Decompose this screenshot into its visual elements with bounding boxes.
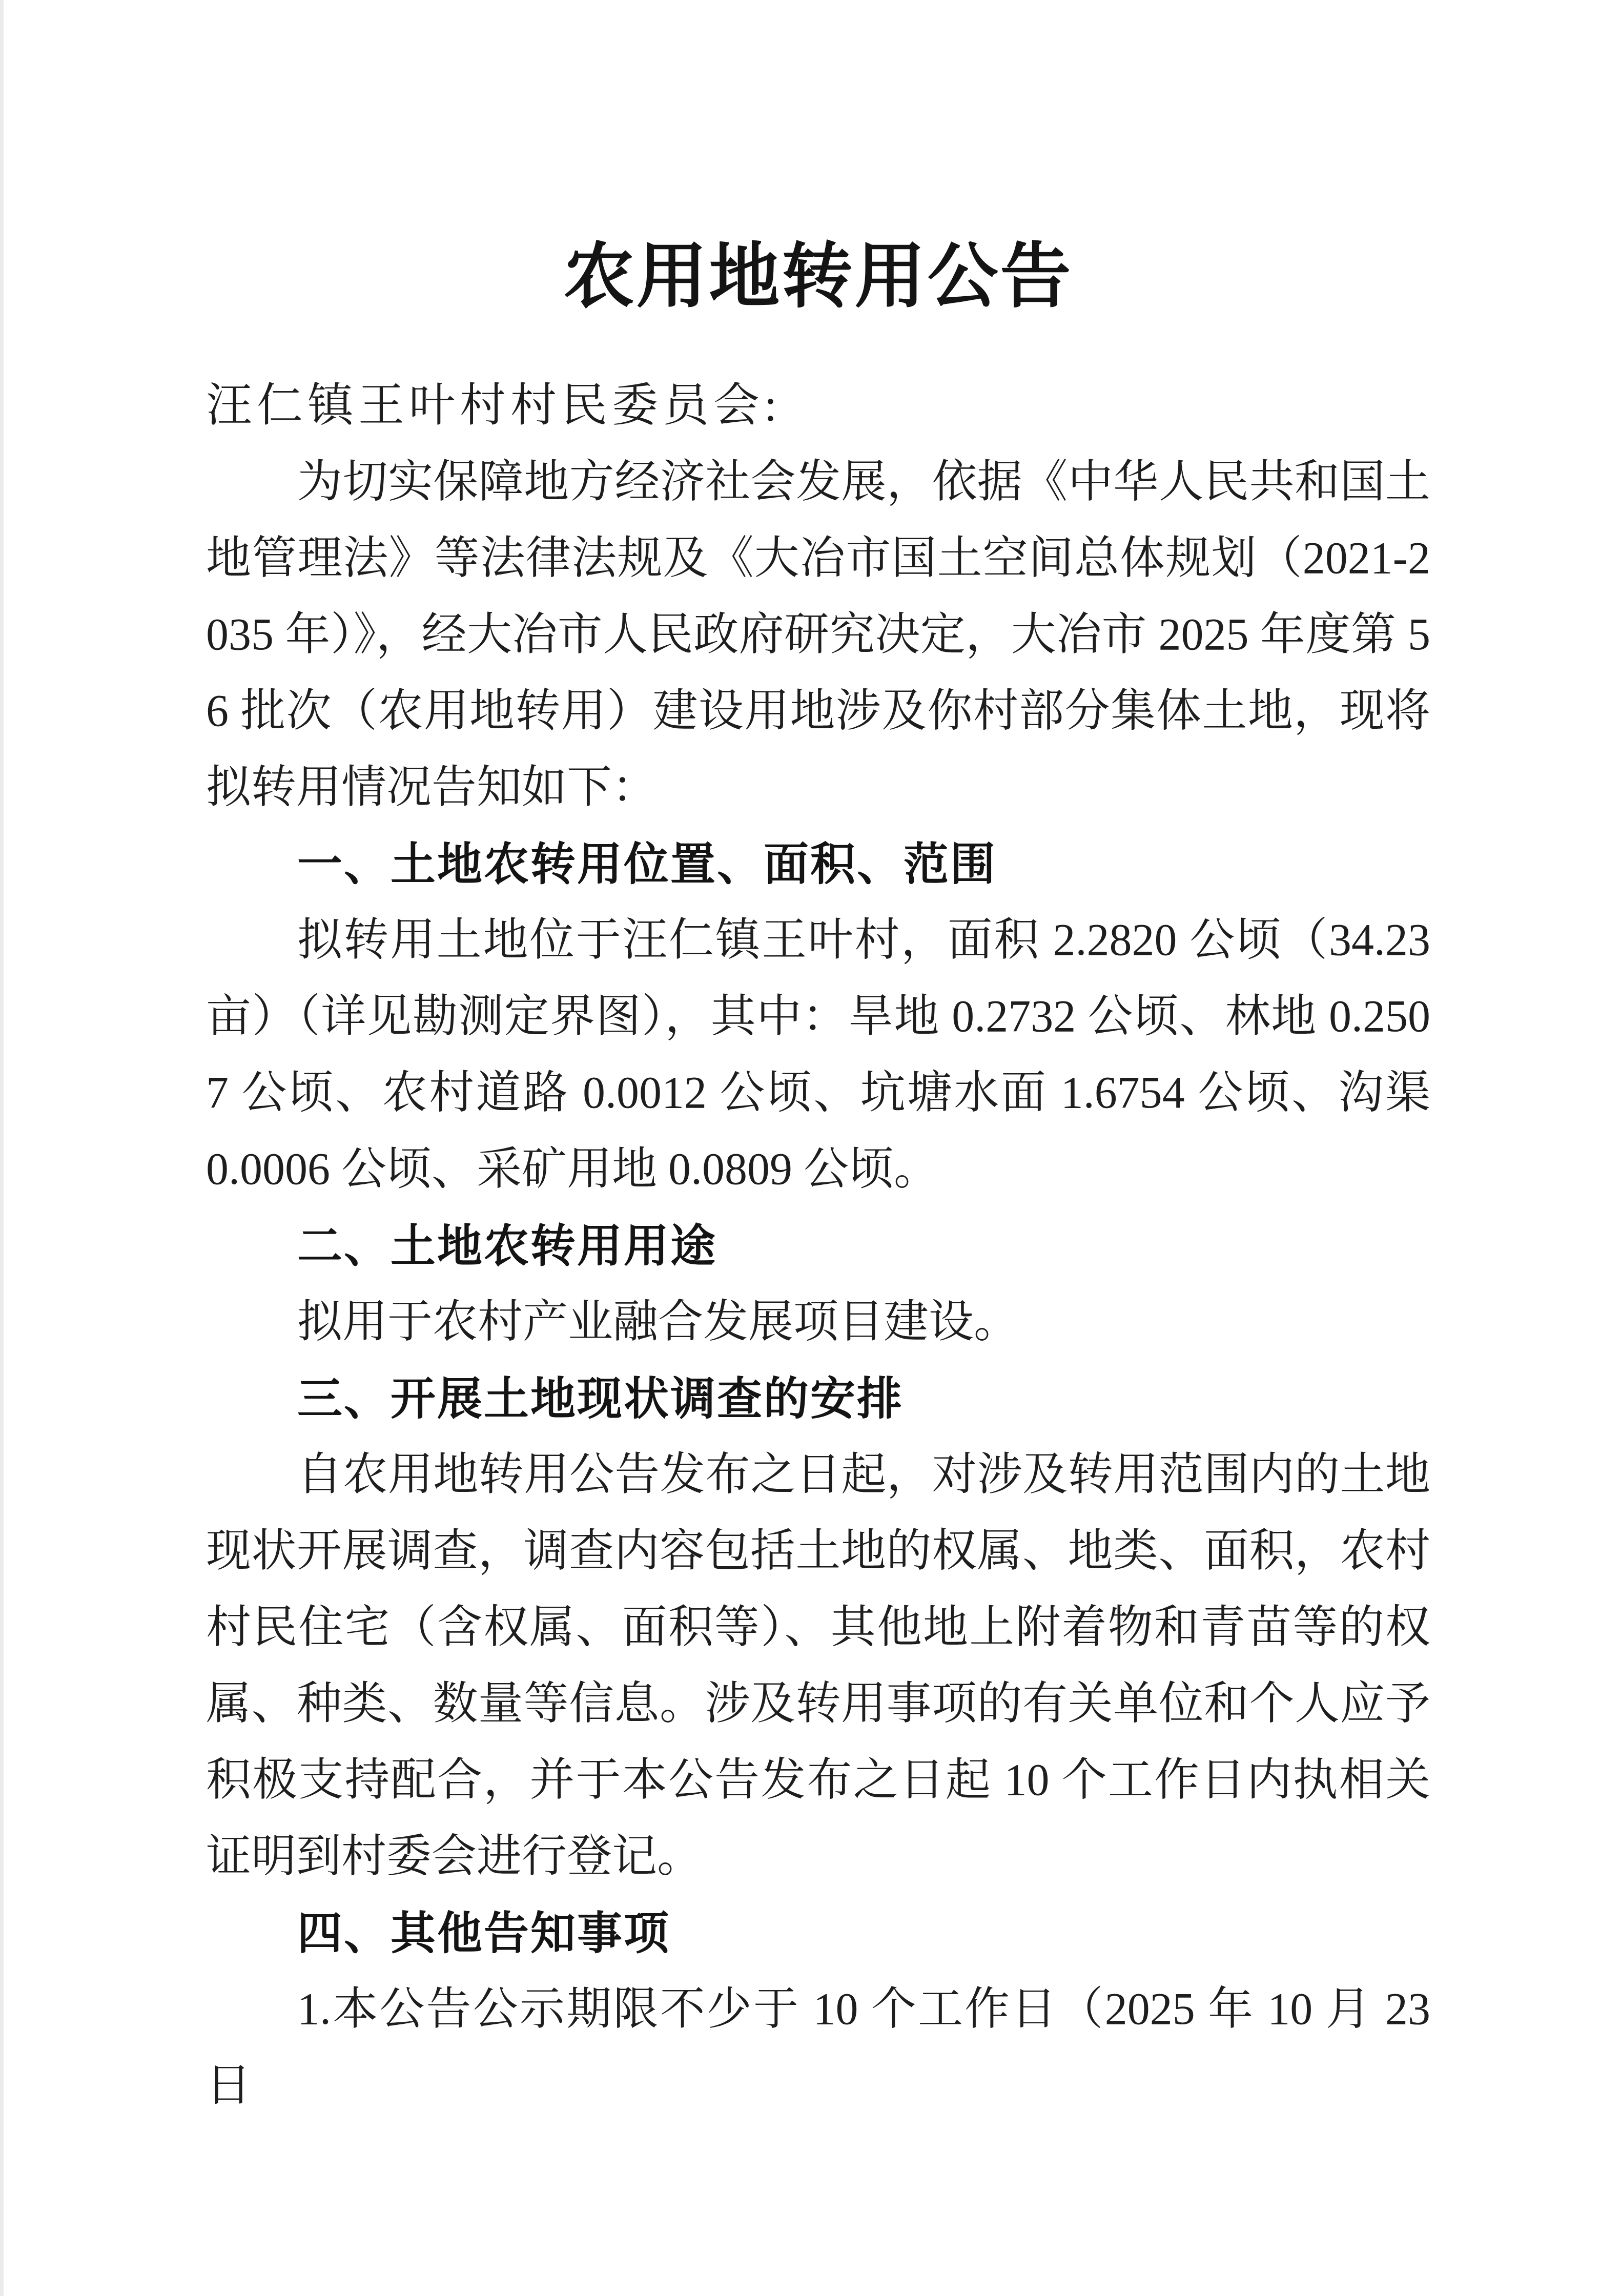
- document-page: 农用地转用公告 汪仁镇王叶村村民委员会: 为切实保障地方经济社会发展，依据《中华…: [0, 0, 1621, 2296]
- section-4-heading: 四、其他告知事项: [206, 1895, 1430, 1971]
- section-3-heading: 三、开展土地现状调查的安排: [206, 1360, 1430, 1437]
- section-3-paragraph: 自农用地转用公告发布之日起，对涉及转用范围内的土地现状开展调查，调查内容包括土地…: [206, 1437, 1430, 1895]
- section-2-paragraph: 拟用于农村产业融合发展项目建设。: [206, 1284, 1430, 1360]
- intro-paragraph: 为切实保障地方经济社会发展，依据《中华人民共和国土地管理法》等法律法规及《大冶市…: [206, 444, 1430, 826]
- scan-edge-shadow: [0, 0, 4, 2296]
- section-1-paragraph: 拟转用土地位于汪仁镇王叶村，面积 2.2820 公顷（34.23 亩）（详见勘测…: [206, 902, 1430, 1207]
- section-2-heading: 二、土地农转用用途: [206, 1207, 1430, 1284]
- document-title: 农用地转用公告: [206, 233, 1430, 320]
- salutation-line: 汪仁镇王叶村村民委员会:: [206, 367, 1430, 444]
- section-1-heading: 一、土地农转用位置、面积、范围: [206, 826, 1430, 902]
- section-4-paragraph: 1.本公告公示期限不少于 10 个工作日（2025 年 10 月 23 日: [206, 1971, 1430, 2124]
